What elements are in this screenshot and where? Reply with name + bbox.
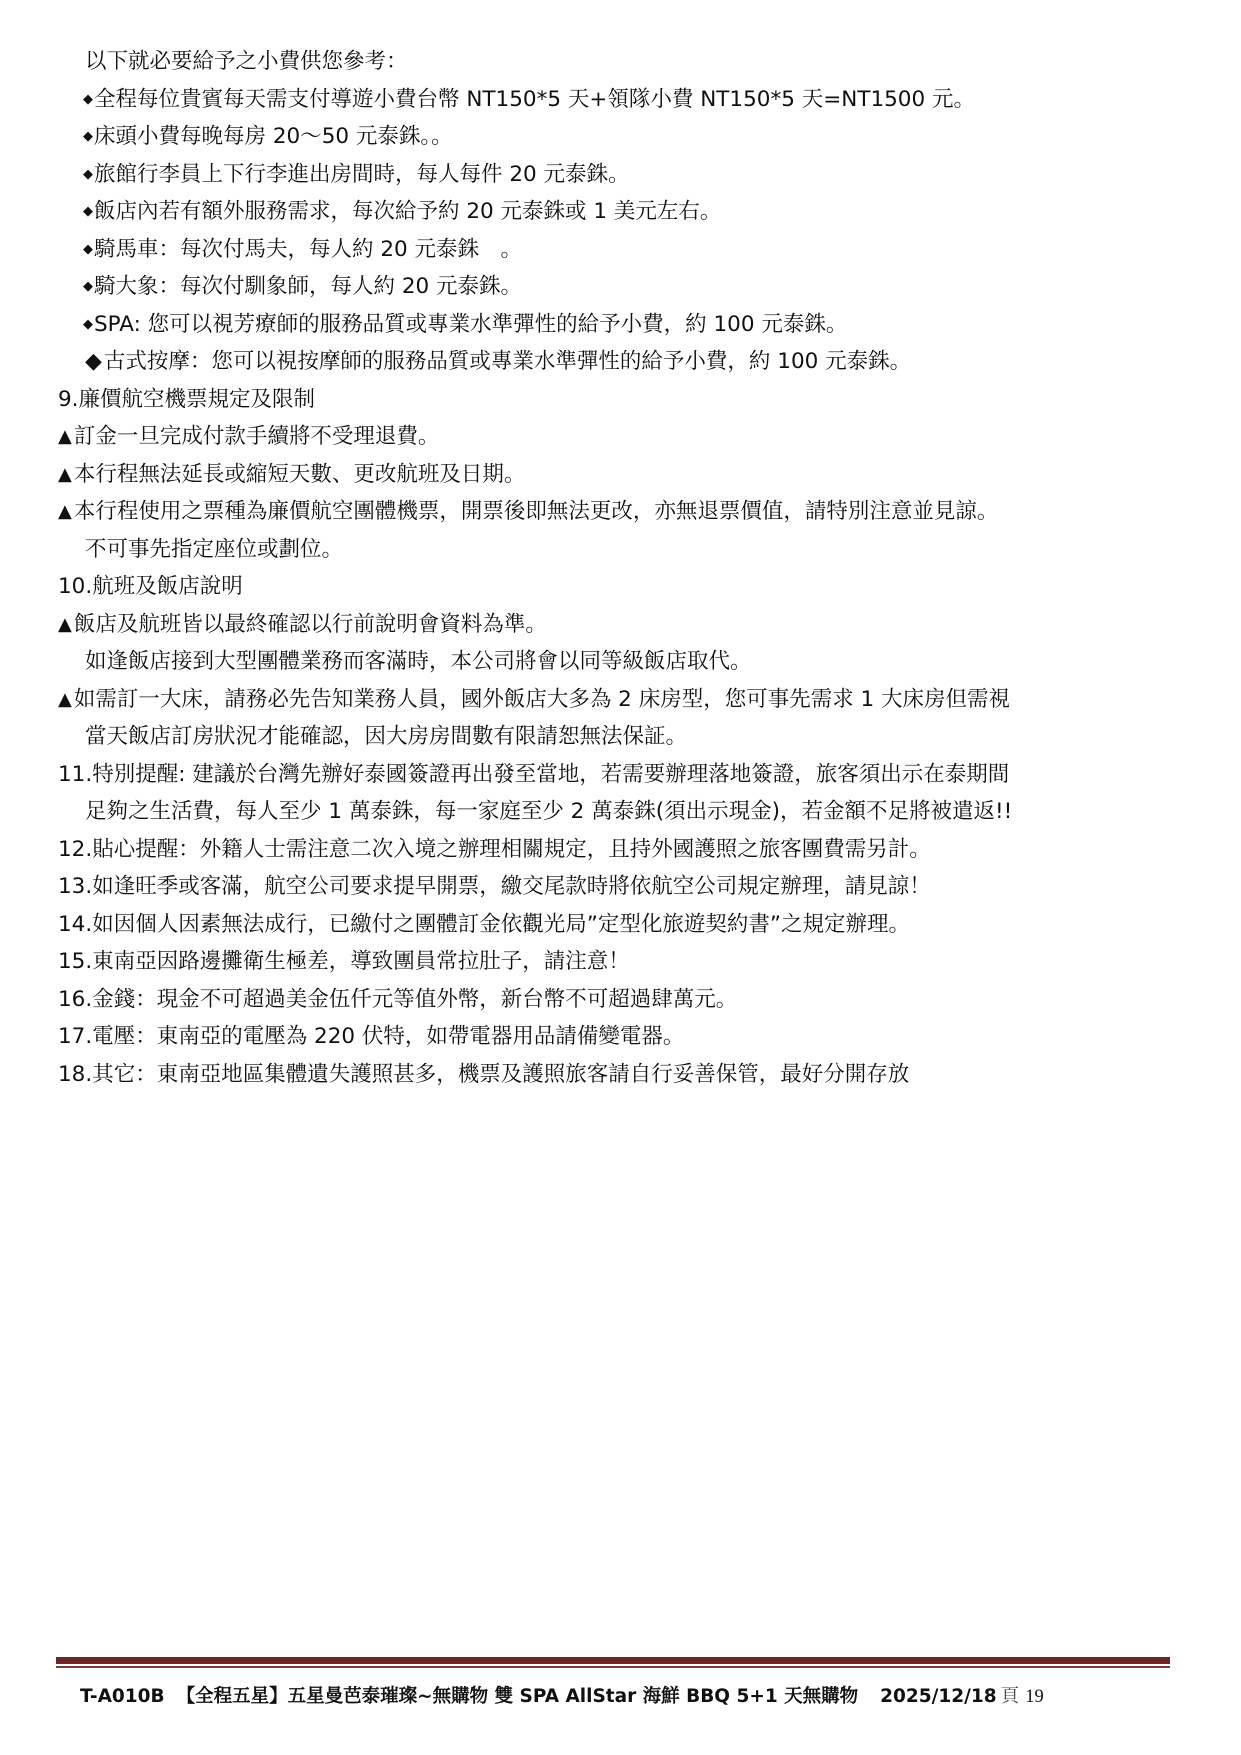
tip-item: ◆古式按摩：您可以視按摩師的服務品質或專業水準彈性的給予小費，約 100 元泰銖… — [85, 343, 911, 381]
page-footer: T-A010B【全程五星】五星曼芭泰璀璨~無購物 雙 SPA AllStar 海… — [80, 1682, 1044, 1712]
tip-text: 旅館行李員上下行李進出房間時，每人每件 20 元泰銖。 — [94, 162, 630, 187]
page-number: 19 — [1025, 1687, 1044, 1707]
numbered-text: 15.東南亞因路邊攤衛生極差，導致團員常拉肚子，請注意！ — [58, 949, 630, 974]
numbered-item: 13.如逢旺季或客滿，航空公司要求提早開票，繳交尾款時將依航空公司規定辦理，請見… — [58, 868, 931, 906]
numbered-item: 11.特別提醒: 建議於台灣先辦好泰國簽證再出發至當地，若需要辦理落地簽證，旅客… — [58, 756, 1009, 794]
numbered-text: 14.如因個人因素無法成行，已繳付之團體訂金依觀光局”定型化旅遊契約書”之規定辦… — [58, 912, 910, 937]
notice-text: 訂金一旦完成付款手續將不受理退費。 — [74, 424, 440, 449]
numbered-item: 15.東南亞因路邊攤衛生極差，導致團員常拉肚子，請注意！ — [58, 943, 630, 981]
notice-continuation: 當天飯店訂房狀況才能確認，因大房房間數有限請恕無法保証。 — [85, 718, 687, 756]
triangle-bullet-icon: ▲ — [58, 456, 72, 494]
numbered-item: 14.如因個人因素無法成行，已繳付之團體訂金依觀光局”定型化旅遊契約書”之規定辦… — [58, 906, 910, 944]
diamond-bullet-icon: ◆ — [85, 343, 102, 381]
footer-date: 2025/12/18 — [880, 1686, 997, 1707]
triangle-bullet-icon: ▲ — [58, 681, 72, 719]
notice-item: ▲本行程使用之票種為廉價航空團體機票，開票後即無法更改，亦無退票價值，請特別注意… — [58, 493, 998, 531]
diamond-bullet-icon: ◆ — [83, 81, 93, 119]
numbered-item: 18.其它：東南亞地區集體遺失護照甚多，機票及護照旅客請自行妥善保管，最好分開存… — [58, 1056, 909, 1094]
numbered-item: 12.貼心提醒：外籍人士需注意二次入境之辦理相關規定，且持外國護照之旅客團費需另… — [58, 831, 931, 869]
numbered-text: 13.如逢旺季或客滿，航空公司要求提早開票，繳交尾款時將依航空公司規定辦理，請見… — [58, 874, 931, 899]
tip-item: ◆騎大象：每次付馴象師，每人約 20 元泰銖。 — [83, 268, 522, 306]
notice-text: 如需訂一大床，請務必先告知業務人員，國外飯店大多為 2 床房型，您可事先需求 1… — [74, 687, 1010, 712]
notice-item: ▲本行程無法延長或縮短天數、更改航班及日期。 — [58, 456, 525, 494]
tip-item: ◆旅館行李員上下行李進出房間時，每人每件 20 元泰銖。 — [83, 156, 630, 194]
tip-text: 騎大象：每次付馴象師，每人約 20 元泰銖。 — [94, 274, 522, 299]
section-heading: 9.廉價航空機票規定及限制 — [58, 381, 315, 419]
footer-rule — [56, 1657, 1170, 1664]
diamond-bullet-icon: ◆ — [83, 231, 93, 269]
section-title: 10.航班及飯店說明 — [58, 574, 243, 599]
triangle-bullet-icon: ▲ — [58, 418, 72, 456]
numbered-item: 17.電壓：東南亞的電壓為 220 伏特，如帶電器用品請備變電器。 — [58, 1018, 684, 1056]
notice-text: 本行程使用之票種為廉價航空團體機票，開票後即無法更改，亦無退票價值，請特別注意並… — [74, 499, 999, 524]
page-label: 頁 — [1001, 1686, 1020, 1707]
tip-text: 床頭小費每晚每房 20～50 元泰銖。。 — [94, 124, 453, 149]
numbered-text: 18.其它：東南亞地區集體遺失護照甚多，機票及護照旅客請自行妥善保管，最好分開存… — [58, 1062, 909, 1087]
tour-code: T-A010B — [80, 1686, 165, 1707]
section-title: 9.廉價航空機票規定及限制 — [58, 387, 315, 412]
numbered-text: 足夠之生活費，每人至少 1 萬泰銖，每一家庭至少 2 萬泰銖(須出示現金)，若金… — [85, 799, 1012, 824]
diamond-bullet-icon: ◆ — [83, 118, 93, 156]
tip-text: 全程每位貴賓每天需支付導遊小費台幣 NT150*5 天+領隊小費 NT150*5… — [94, 87, 975, 112]
numbered-text: 16.金錢：現金不可超過美金伍仟元等值外幣，新台幣不可超過肆萬元。 — [58, 987, 737, 1012]
notice-text: 飯店及航班皆以最終確認以行前說明會資料為準。 — [74, 612, 547, 637]
diamond-bullet-icon: ◆ — [83, 156, 93, 194]
diamond-bullet-icon: ◆ — [83, 306, 93, 344]
tip-text: SPA: 您可以視芳療師的服務品質或專業水準彈性的給予小費，約 100 元泰銖。 — [94, 312, 847, 337]
notice-text: 不可事先指定座位或劃位。 — [85, 537, 343, 562]
tip-text: 飯店內若有額外服務需求，每次給予約 20 元泰銖或 1 美元左右。 — [94, 199, 721, 224]
notice-text: 如逢飯店接到大型團體業務而客滿時，本公司將會以同等級飯店取代。 — [85, 649, 752, 674]
numbered-text: 11.特別提醒: 建議於台灣先辦好泰國簽證再出發至當地，若需要辦理落地簽證，旅客… — [58, 762, 1009, 787]
notice-text: 當天飯店訂房狀況才能確認，因大房房間數有限請恕無法保証。 — [85, 724, 687, 749]
numbered-item: 16.金錢：現金不可超過美金伍仟元等值外幣，新台幣不可超過肆萬元。 — [58, 981, 737, 1019]
footer-rule-thin — [56, 1666, 1170, 1668]
tip-text: 騎馬車：每次付馬夫，每人約 20 元泰銖 。 — [94, 237, 522, 262]
numbered-text: 17.電壓：東南亞的電壓為 220 伏特，如帶電器用品請備變電器。 — [58, 1024, 684, 1049]
notice-item: ▲如需訂一大床，請務必先告知業務人員，國外飯店大多為 2 床房型，您可事先需求 … — [58, 681, 1010, 719]
tip-text: 古式按摩：您可以視按摩師的服務品質或專業水準彈性的給予小費，約 100 元泰銖。 — [104, 349, 911, 374]
tip-item: ◆騎馬車：每次付馬夫，每人約 20 元泰銖 。 — [83, 231, 522, 269]
notice-text: 本行程無法延長或縮短天數、更改航班及日期。 — [74, 462, 526, 487]
tip-item: ◆飯店內若有額外服務需求，每次給予約 20 元泰銖或 1 美元左右。 — [83, 193, 721, 231]
notice-item: ▲訂金一旦完成付款手續將不受理退費。 — [58, 418, 439, 456]
triangle-bullet-icon: ▲ — [58, 606, 72, 644]
tips-intro: 以下就必要給予之小費供您參考： — [85, 43, 408, 81]
notice-item: ▲飯店及航班皆以最終確認以行前說明會資料為準。 — [58, 606, 547, 644]
tips-intro-text: 以下就必要給予之小費供您參考： — [85, 49, 408, 74]
tip-item: ◆床頭小費每晚每房 20～50 元泰銖。。 — [83, 118, 453, 156]
tip-item: ◆SPA: 您可以視芳療師的服務品質或專業水準彈性的給予小費，約 100 元泰銖… — [83, 306, 847, 344]
diamond-bullet-icon: ◆ — [83, 268, 93, 306]
triangle-bullet-icon: ▲ — [58, 493, 72, 531]
numbered-continuation: 足夠之生活費，每人至少 1 萬泰銖，每一家庭至少 2 萬泰銖(須出示現金)，若金… — [85, 793, 1012, 831]
notice-continuation: 不可事先指定座位或劃位。 — [85, 531, 343, 569]
tip-item: ◆全程每位貴賓每天需支付導遊小費台幣 NT150*5 天+領隊小費 NT150*… — [83, 81, 975, 119]
diamond-bullet-icon: ◆ — [83, 193, 93, 231]
numbered-text: 12.貼心提醒：外籍人士需注意二次入境之辦理相關規定，且持外國護照之旅客團費需另… — [58, 837, 931, 862]
notice-continuation: 如逢飯店接到大型團體業務而客滿時，本公司將會以同等級飯店取代。 — [85, 643, 752, 681]
tour-title: 【全程五星】五星曼芭泰璀璨~無購物 雙 SPA AllStar 海鮮 BBQ 5… — [177, 1686, 859, 1707]
section-heading: 10.航班及飯店說明 — [58, 568, 243, 606]
